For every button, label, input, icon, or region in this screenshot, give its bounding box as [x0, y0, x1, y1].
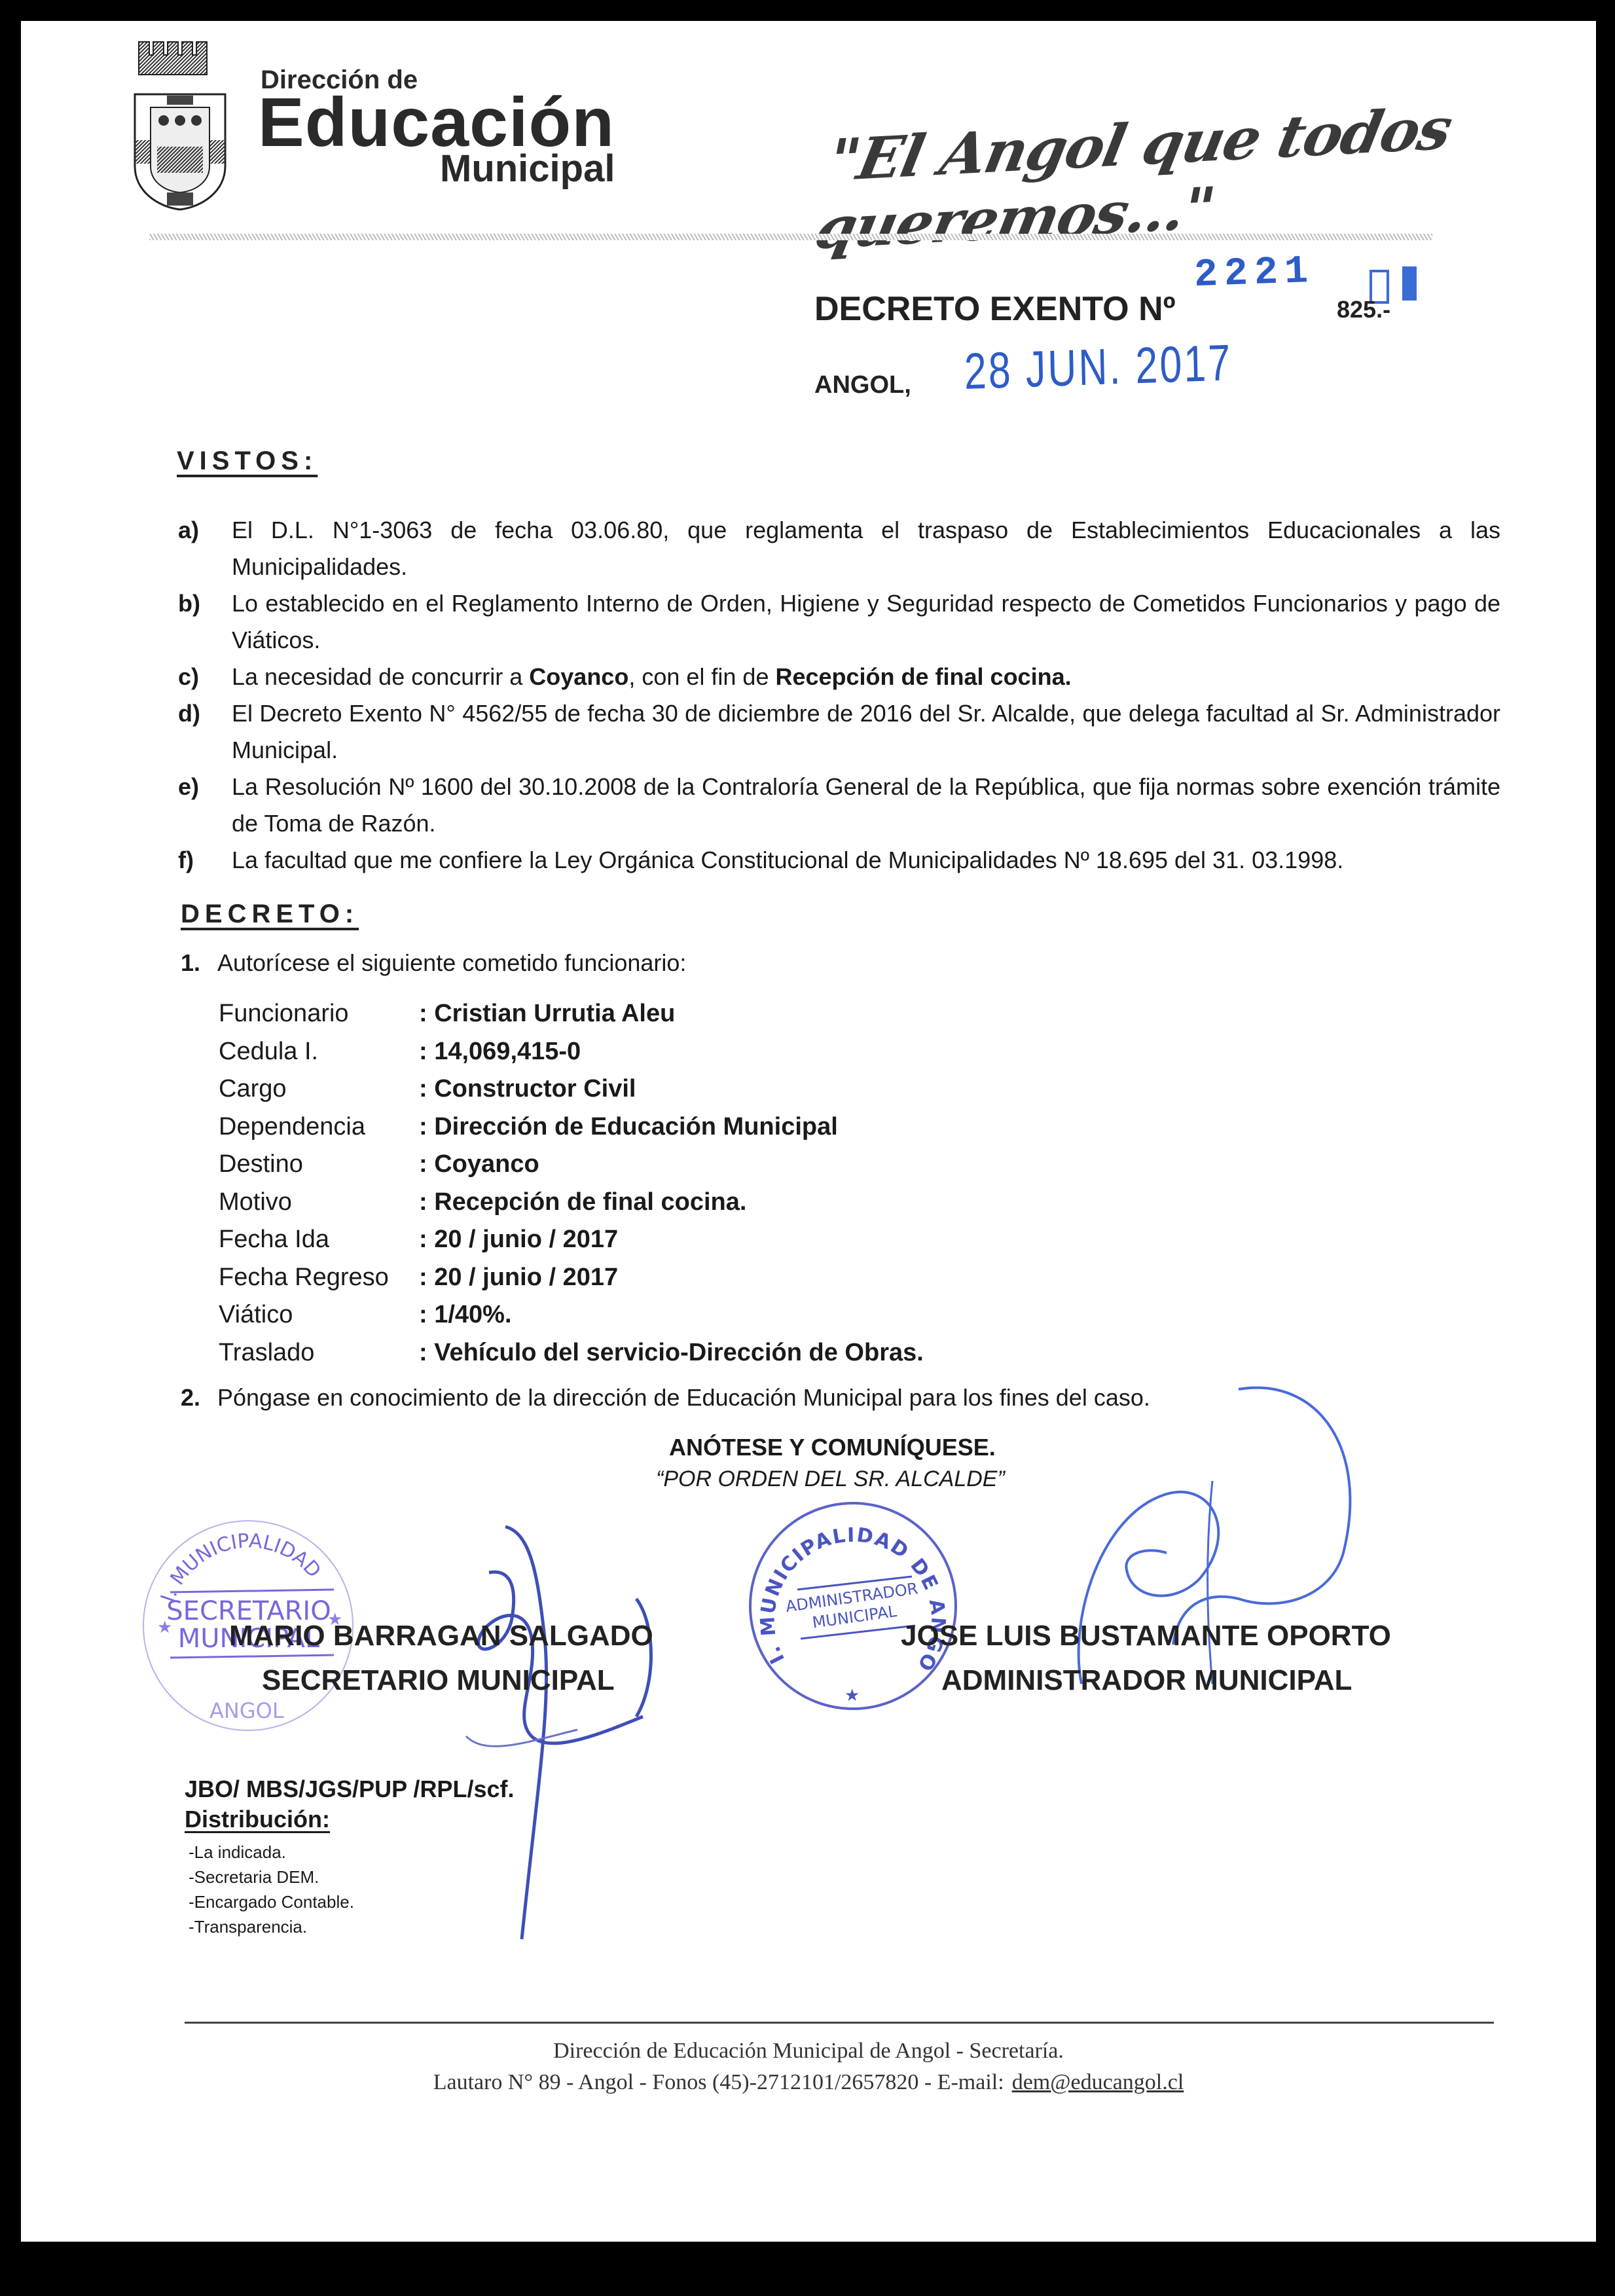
item-text: La necesidad de concurrir a Coyanco, con… [232, 659, 1500, 695]
field-key: Traslado [219, 1339, 419, 1367]
field-row: Traslado: Vehículo del servicio-Direcció… [219, 1334, 924, 1372]
decreto-point-1: 1.Autorícese el siguiente cometido funci… [181, 949, 686, 977]
vistos-item: c) La necesidad de concurrir a Coyanco, … [178, 659, 1500, 695]
closing-formula: ANÓTESE Y COMUNÍQUESE. [669, 1434, 996, 1461]
distribution-heading: Distribución: [185, 1806, 330, 1833]
distribution-item: -Secretaria DEM. [189, 1865, 354, 1889]
administrator-seal: I. MUNICIPALIDAD DE ANGOL ADMINISTRADOR … [749, 1502, 957, 1710]
decreto-point-2: 2.Póngase en conocimiento de la direcció… [181, 1384, 1150, 1412]
destination-bold: Coyanco [529, 663, 628, 690]
field-key: Destino [219, 1150, 419, 1178]
field-row: Destino: Coyanco [219, 1146, 924, 1184]
field-key: Cargo [219, 1075, 419, 1103]
field-row: Fecha Ida: 20 / junio / 2017 [219, 1221, 924, 1259]
vistos-heading: VISTOS: [177, 446, 318, 476]
field-value: : 20 / junio / 2017 [419, 1264, 618, 1292]
municipal-crest-icon [131, 35, 229, 212]
field-value: : Constructor Civil [419, 1075, 636, 1103]
item-label: a) [178, 512, 232, 585]
by-order-note: “POR ORDEN DEL SR. ALCALDE” [656, 1467, 1005, 1492]
point-text: Póngase en conocimiento de la dirección … [217, 1384, 1150, 1411]
field-row: Dependencia: Dirección de Educación Muni… [219, 1108, 924, 1146]
field-row: Viático: 1/40%. [219, 1296, 924, 1334]
footer-org: Dirección de Educación Municipal de Ango… [21, 2039, 1596, 2064]
signatory-2-role: ADMINISTRADOR MUNICIPAL [941, 1664, 1352, 1697]
field-key: Cedula I. [219, 1038, 419, 1066]
field-value: : Cristian Urrutia Aleu [419, 1000, 675, 1028]
signatory-1-role: SECRETARIO MUNICIPAL [262, 1664, 615, 1697]
field-row: Cedula I.: 14,069,415-0 [219, 1033, 924, 1071]
footer-address: Lautaro N° 89 - Angol - Fonos (45)-27121… [433, 2070, 1004, 2094]
field-value: : Vehículo del servicio-Dirección de Obr… [419, 1339, 924, 1367]
footer-email-link[interactable]: dem@educangol.cl [1012, 2070, 1184, 2094]
header-divider [149, 234, 1432, 240]
signatory-1-name: MARIO BARRAGAN SALGADO [229, 1620, 653, 1652]
vistos-item: a) El D.L. N°1-3063 de fecha 03.06.80, q… [178, 512, 1500, 585]
date-stamp: 28 JUN. 2017 [964, 333, 1233, 401]
reference-initials: JBO/ MBS/JGS/PUP /RPL/scf. [185, 1776, 514, 1803]
commission-fields: Funcionario: Cristian Urrutia Aleu Cedul… [219, 995, 924, 1372]
svg-text:★: ★ [157, 1617, 172, 1637]
svg-text:I. MUNICIPALIDAD: I. MUNICIPALIDAD [156, 1529, 325, 1605]
footer-contact: Lautaro N° 89 - Angol - Fonos (45)-27121… [21, 2070, 1596, 2095]
item-label: d) [178, 695, 232, 769]
decree-number: 825.- [1337, 296, 1390, 323]
vistos-list: a) El D.L. N°1-3063 de fecha 03.06.80, q… [178, 512, 1500, 879]
field-value: : Dirección de Educación Municipal [419, 1113, 838, 1141]
field-row: Cargo: Constructor Civil [219, 1070, 924, 1108]
field-row: Motivo: Recepción de final cocina. [219, 1184, 924, 1222]
item-text: Lo establecido en el Reglamento Interno … [232, 585, 1500, 659]
document-page: Dirección de Educación Municipal "El Ang… [21, 21, 1596, 2242]
point-number: 1. [181, 949, 217, 977]
field-key: Fecha Regreso [219, 1264, 419, 1292]
point-number: 2. [181, 1384, 217, 1412]
distribution-item: -Transparencia. [189, 1914, 354, 1939]
decree-city: ANGOL, [814, 371, 911, 399]
item-text: El D.L. N°1-3063 de fecha 03.06.80, que … [232, 512, 1500, 585]
svg-text:ANGOL: ANGOL [209, 1698, 284, 1723]
item-label: e) [178, 769, 232, 842]
vistos-item: e) La Resolución Nº 1600 del 30.10.2008 … [178, 769, 1500, 842]
field-value: : Coyanco [419, 1150, 539, 1178]
distribution-item: -Encargado Contable. [189, 1889, 354, 1914]
field-row: Funcionario: Cristian Urrutia Aleu [219, 995, 924, 1033]
item-label: f) [178, 842, 232, 879]
item-text: El Decreto Exento N° 4562/55 de fecha 30… [232, 695, 1500, 769]
vistos-item: f) La facultad que me confiere la Ley Or… [178, 842, 1500, 879]
field-value: : 14,069,415-0 [419, 1038, 581, 1066]
stamp-mark [1402, 266, 1417, 301]
field-key: Motivo [219, 1188, 419, 1216]
org-name-suffix: Municipal [440, 147, 615, 191]
distribution-list: -La indicada. -Secretaria DEM. -Encargad… [189, 1840, 354, 1939]
field-value: : 20 / junio / 2017 [419, 1226, 618, 1254]
item-label: c) [178, 659, 232, 695]
item-text: La Resolución Nº 1600 del 30.10.2008 de … [232, 769, 1500, 842]
point-text: Autorícese el siguiente cometido funcion… [217, 949, 686, 976]
svg-text:★: ★ [844, 1685, 860, 1705]
item-label: b) [178, 585, 232, 659]
vistos-item: b) Lo establecido en el Reglamento Inter… [178, 585, 1500, 659]
signature-scribble-1 [427, 1520, 702, 1939]
vistos-item: d) El Decreto Exento N° 4562/55 de fecha… [178, 695, 1500, 769]
signatory-2-name: JOSE LUIS BUSTAMANTE OPORTO [901, 1620, 1391, 1652]
decree-title: DECRETO EXENTO Nº [814, 289, 1176, 329]
field-key: Funcionario [219, 1000, 419, 1028]
decreto-heading: DECRETO: [181, 900, 359, 929]
field-key: Dependencia [219, 1113, 419, 1141]
field-key: Fecha Ida [219, 1226, 419, 1254]
distribution-item: -La indicada. [189, 1840, 354, 1865]
field-value: : 1/40%. [419, 1301, 512, 1329]
seal-icon: I. MUNICIPALIDAD DE ANGOL ADMINISTRADOR … [752, 1504, 954, 1707]
field-row: Fecha Regreso: 20 / junio / 2017 [219, 1259, 924, 1297]
footer-divider [185, 2022, 1494, 2024]
field-value: : Recepción de final cocina. [419, 1188, 746, 1216]
field-key: Viático [219, 1301, 419, 1329]
stamp-number: 2221 [1193, 249, 1315, 298]
item-text: La facultad que me confiere la Ley Orgán… [232, 842, 1500, 879]
purpose-bold: Recepción de final cocina. [775, 663, 1071, 690]
